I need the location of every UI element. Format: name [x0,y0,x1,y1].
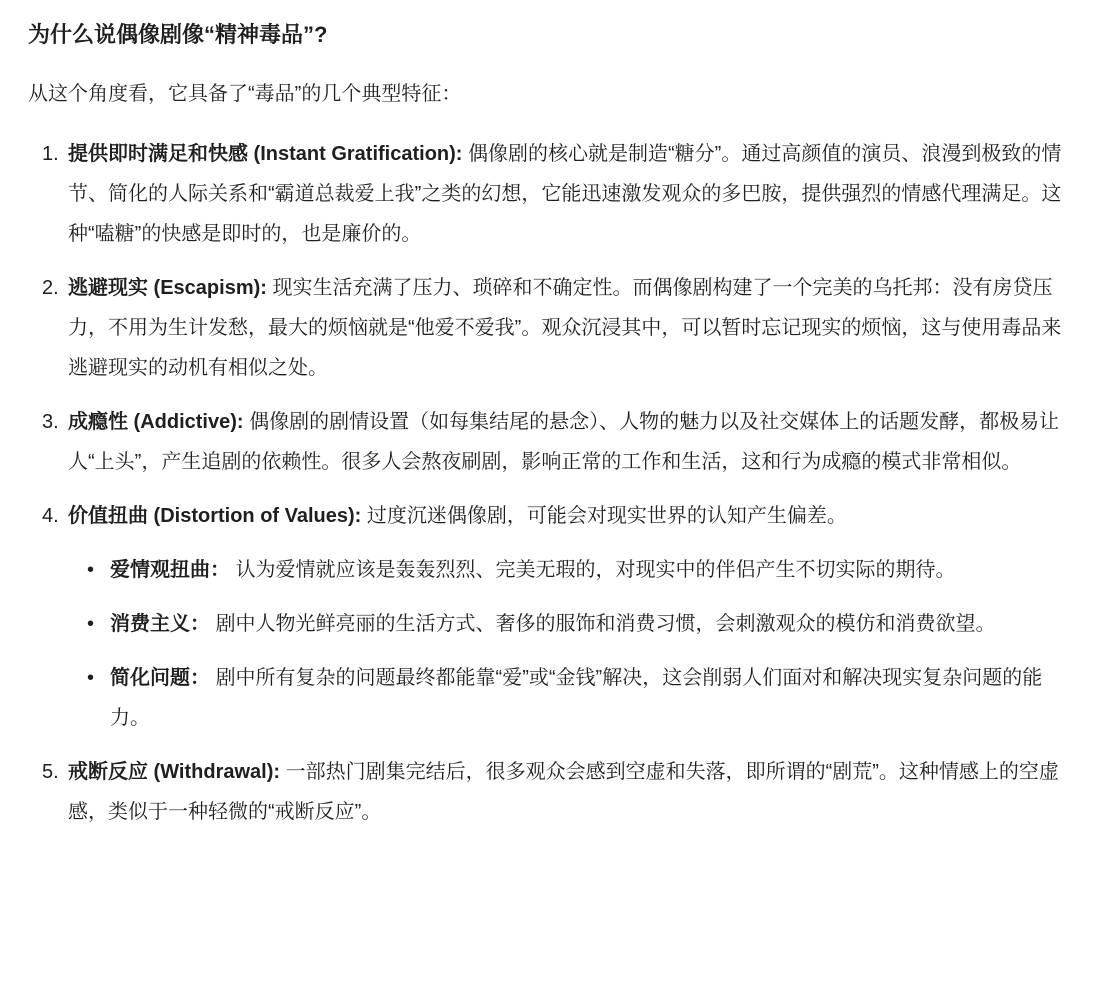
list-marker: 4. [42,496,59,536]
item-text: 过度沉迷偶像剧，可能会对现实世界的认知产生偏差。 [367,505,847,527]
sub-item-text: 剧中人物光鲜亮丽的生活方式、奢侈的服饰和消费习惯，会刺激观众的模仿和消费欲望。 [216,613,996,635]
sub-item-text: 认为爱情就应该是轰轰烈烈、完美无瑕的，对现实中的伴侣产生不切实际的期待。 [236,559,956,581]
list-item-escapism: 2.逃避现实 (Escapism): 现实生活充满了压力、琐碎和不确定性。而偶像… [68,268,1080,388]
list-item-distortion-of-values: 4.价值扭曲 (Distortion of Values): 过度沉迷偶像剧，可… [68,496,1080,738]
bullet-sub-list: •爱情观扭曲： 认为爱情就应该是轰轰烈烈、完美无瑕的，对现实中的伴侣产生不切实际… [68,550,1080,738]
list-marker: 2. [42,268,59,308]
sub-item-lead: 简化问题： [110,667,216,689]
sub-item-lead: 消费主义： [110,613,216,635]
intro-paragraph: 从这个角度看，它具备了“毒品”的几个典型特征： [28,74,1080,114]
list-marker: 1. [42,134,59,174]
item-lead: 价值扭曲 (Distortion of Values): [68,505,367,527]
item-lead: 提供即时满足和快感 (Instant Gratification): [68,143,468,165]
chat-response-body: 为什么说偶像剧像“精神毒品”? 从这个角度看，它具备了“毒品”的几个典型特征： … [0,0,1107,832]
list-item-addictive: 3.成瘾性 (Addictive): 偶像剧的剧情设置（如每集结尾的悬念）、人物… [68,402,1080,482]
numbered-list: 1.提供即时满足和快感 (Instant Gratification): 偶像剧… [28,134,1080,832]
sub-item-simplified-problems: •简化问题： 剧中所有复杂的问题最终都能靠“爱”或“金钱”解决，这会削弱人们面对… [110,658,1080,738]
page-title: 为什么说偶像剧像“精神毒品”? [28,20,1080,50]
list-marker: 5. [42,752,59,792]
list-item-instant-gratification: 1.提供即时满足和快感 (Instant Gratification): 偶像剧… [68,134,1080,254]
sub-item-lead: 爱情观扭曲： [110,559,236,581]
bullet-icon: • [87,550,94,590]
item-lead: 逃避现实 (Escapism): [68,277,272,299]
bullet-icon: • [87,604,94,644]
item-lead: 戒断反应 (Withdrawal): [68,761,286,783]
sub-item-text: 剧中所有复杂的问题最终都能靠“爱”或“金钱”解决，这会削弱人们面对和解决现实复杂… [110,667,1042,729]
sub-item-consumerism: •消费主义： 剧中人物光鲜亮丽的生活方式、奢侈的服饰和消费习惯，会刺激观众的模仿… [110,604,1080,644]
bullet-icon: • [87,658,94,698]
list-item-withdrawal: 5.戒断反应 (Withdrawal): 一部热门剧集完结后，很多观众会感到空虚… [68,752,1080,832]
item-lead: 成瘾性 (Addictive): [68,411,249,433]
sub-item-love-view: •爱情观扭曲： 认为爱情就应该是轰轰烈烈、完美无瑕的，对现实中的伴侣产生不切实际… [110,550,1080,590]
list-marker: 3. [42,402,59,442]
